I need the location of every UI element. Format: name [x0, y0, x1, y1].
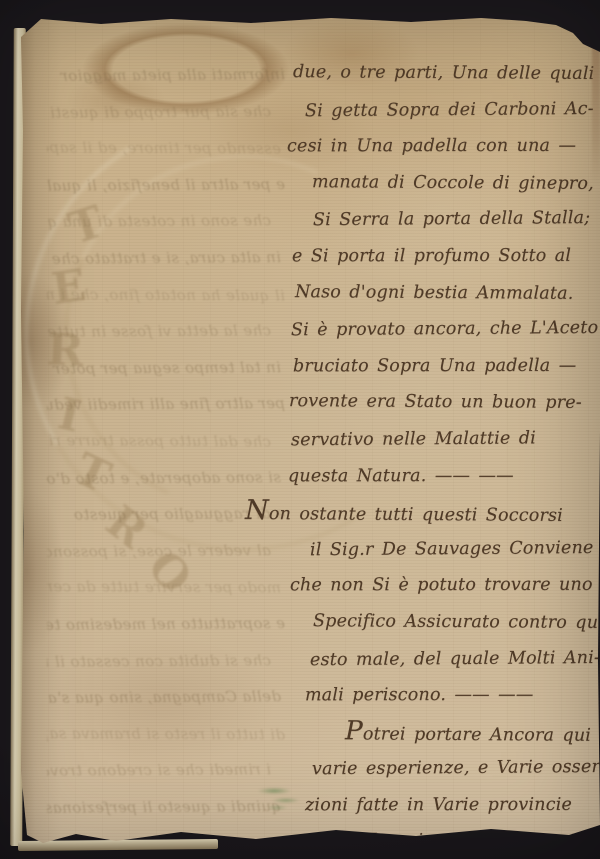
bleedthrough-line: informati alla pieta maggior [47, 56, 285, 94]
bleedthrough-line: della Campagna, sino qua s'apre [47, 678, 285, 716]
bleedthrough-line: il quale ha notato fino, che i medesimi [47, 276, 285, 314]
manuscript-line: mali periscono. —— —— [305, 677, 600, 714]
manuscript-line: questa Natura. —— —— [288, 457, 600, 494]
manuscript-line: Non ostante tutti questi Soccorsi [245, 493, 600, 532]
manuscript-line: Si Serra la porta della Stalla; [313, 200, 600, 239]
manuscript-line: il Sig.r De Sauvages Conviene [310, 530, 600, 569]
manuscript-line: bruciato Sopra Una padella — [293, 347, 600, 384]
manuscript-line: Specifico Assicurato contro qu- [313, 603, 600, 641]
manuscript-line: e Si porta il profumo Sotto al [292, 238, 600, 275]
green-stamp-bleedthrough [254, 783, 312, 811]
manuscript-line: servativo nelle Malattie di [291, 420, 600, 459]
manuscript-line: esto male, del quale Molti Ani- [310, 639, 600, 678]
manuscript-line: due, o tre parti, Una delle quali — [293, 54, 600, 92]
manuscript-line: varie esperienze, e Varie osserva- [312, 749, 600, 788]
bleedthrough-line: per altro fine alli rimedii veduti [47, 386, 285, 424]
bleedthrough-line: al vedere le cose, si possono dal [47, 532, 285, 570]
manuscript-line: rovente era Stato un buon pre- [289, 383, 600, 422]
manuscript-text-column: due, o tre parti, Una delle quali — Si g… [283, 55, 600, 859]
verso-bleedthrough-text: informati alla pieta maggior che sia pur… [47, 57, 285, 825]
bleedthrough-line: che sia pur troppo di questi agressi [47, 93, 285, 131]
bleedthrough-line: in tal tempo segua per poter rendersi [47, 349, 285, 387]
bleedthrough-line: i rimedi che si credono trovati sin [47, 751, 285, 789]
bleedthrough-line: e per altra il benefizio, li quali [47, 166, 285, 204]
bleedthrough-line: e soprattutto nel medesimo tempo [47, 605, 285, 643]
manuscript-line: Naso d'ogni bestia Ammalata. [295, 274, 600, 312]
manuscript-line: cesi in Una padella con una — [287, 128, 600, 165]
bleedthrough-line: modo per servire tutte da certo [47, 569, 285, 607]
page-right-edge-shadow [592, 35, 600, 185]
bleedthrough-line: si sono adoperate, e tosto d'ogni [47, 459, 285, 497]
manuscript-line: che non Si è potuto trovare uno [290, 567, 600, 604]
bleedthrough-line: essendo per timore, ed il sapere [47, 130, 285, 168]
manuscript-line: Si è provato ancora, che L'Aceto [291, 310, 600, 349]
bleedthrough-line: che dal tutto possa trarre rimedio [47, 422, 285, 460]
bleedthrough-line: quindi a questo li perfezionasse [47, 788, 285, 826]
bleedthrough-line: di tutto il resto si bramava sapere [47, 715, 285, 753]
manuscript-line: Potrei portare Ancora qui [345, 713, 600, 751]
manuscript-page: T E R I T R O informati alla pieta maggi… [21, 11, 600, 852]
manuscript-line: della Francia, ma troppo mi di [312, 823, 600, 859]
photograph-background: T E R I T R O informati alla pieta maggi… [0, 0, 600, 859]
manuscript-line: manata di Coccole di ginepro, [312, 164, 600, 202]
manuscript-line: Si getta Sopra dei Carboni Ac- [305, 90, 600, 129]
manuscript-line: zioni fatte in Varie provincie [305, 787, 600, 824]
bleedthrough-line: in alta cura, si e trattato che si [47, 239, 285, 277]
bleedthrough-line: che la detta vi fosse in tutte generata [47, 312, 285, 350]
bleedthrough-line: che si dubita con cessato il timore [47, 642, 285, 680]
bleedthrough-line: che sono in cotesta di una qualche [47, 203, 285, 241]
